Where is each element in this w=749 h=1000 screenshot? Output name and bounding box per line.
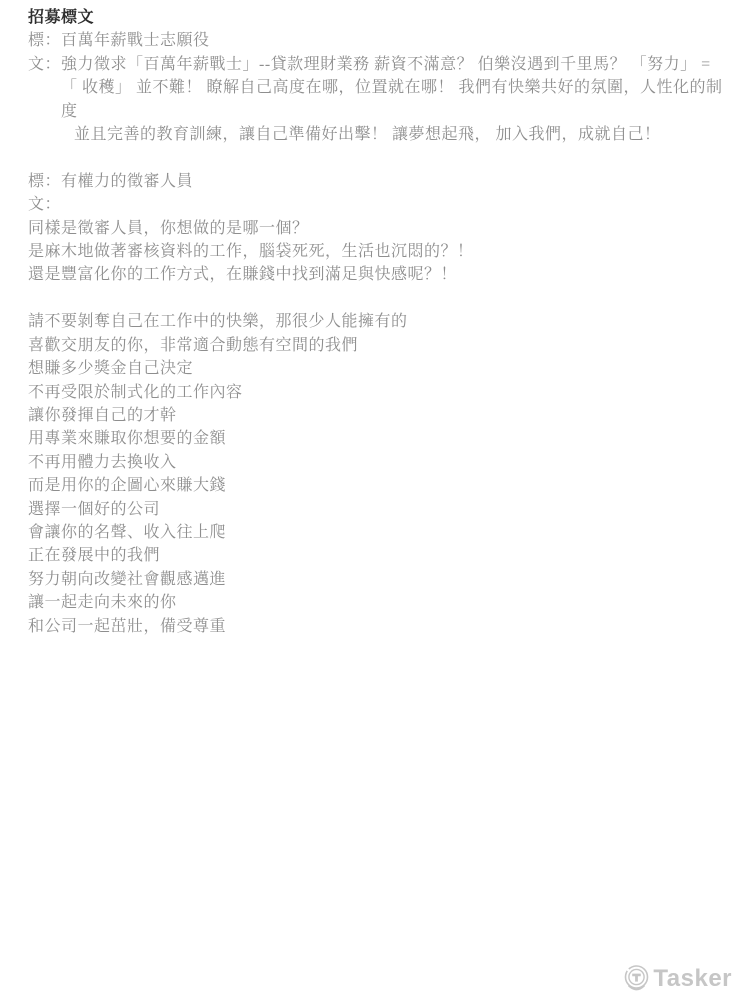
text-line: 不再用體力去換收入: [28, 451, 733, 474]
document-content: 招募標文 標：百萬年薪戰士志願役文：強力徵求「百萬年薪戰士」--貸款理財業務 薪…: [28, 6, 733, 638]
text-line: 努力朝向改變社會觀感邁進: [28, 568, 733, 591]
text-line: 正在發展中的我們: [28, 544, 733, 567]
text-line: 是麻木地做著審核資料的工作，腦袋死死，生活也沉悶的？！: [28, 240, 733, 263]
tasker-watermark: Tasker: [623, 964, 732, 993]
tasker-logo-icon: [623, 964, 650, 993]
text-line: 想賺多少獎金自己決定: [28, 357, 733, 380]
text-line: 還是豐富化你的工作方式，在賺錢中找到滿足與快感呢？！: [28, 263, 733, 286]
text-line: 「 收穫」 並不難！ 瞭解自己高度在哪，位置就在哪！ 我們有快樂共好的氛圍，人性…: [28, 76, 733, 123]
text-line: 文：: [28, 193, 733, 216]
text-line: 喜歡交朋友的你，非常適合動態有空間的我們: [28, 334, 733, 357]
text-line: 讓一起走向未來的你: [28, 591, 733, 614]
text-line: 文：強力徵求「百萬年薪戰士」--貸款理財業務 薪資不滿意？ 伯樂沒遇到千里馬？ …: [28, 53, 733, 76]
text-line: 請不要剝奪自己在工作中的快樂，那很少人能擁有的: [28, 310, 733, 333]
blank-line: [28, 287, 733, 310]
text-line: 和公司一起茁壯，備受尊重: [28, 615, 733, 638]
text-line: 用專業來賺取你想要的金額: [28, 427, 733, 450]
text-line: 而是用你的企圖心來賺大錢: [28, 474, 733, 497]
tasker-brand-text: Tasker: [653, 965, 732, 992]
document-title: 招募標文: [28, 6, 733, 29]
text-line: 並且完善的教育訓練，讓自己準備好出擊！ 讓夢想起飛， 加入我們，成就自己！: [28, 123, 733, 146]
text-line: 選擇一個好的公司: [28, 498, 733, 521]
text-line: 標：有權力的徵審人員: [28, 170, 733, 193]
text-line: 標：百萬年薪戰士志願役: [28, 29, 733, 52]
text-line: 會讓你的名聲、收入往上爬: [28, 521, 733, 544]
blank-line: [28, 146, 733, 169]
document-page: 招募標文 標：百萬年薪戰士志願役文：強力徵求「百萬年薪戰士」--貸款理財業務 薪…: [0, 0, 749, 1000]
text-line: 不再受限於制式化的工作內容: [28, 381, 733, 404]
document-body: 標：百萬年薪戰士志願役文：強力徵求「百萬年薪戰士」--貸款理財業務 薪資不滿意？…: [28, 29, 733, 638]
text-line: 同樣是徵審人員，你想做的是哪一個？: [28, 217, 733, 240]
text-line: 讓你發揮自己的才幹: [28, 404, 733, 427]
